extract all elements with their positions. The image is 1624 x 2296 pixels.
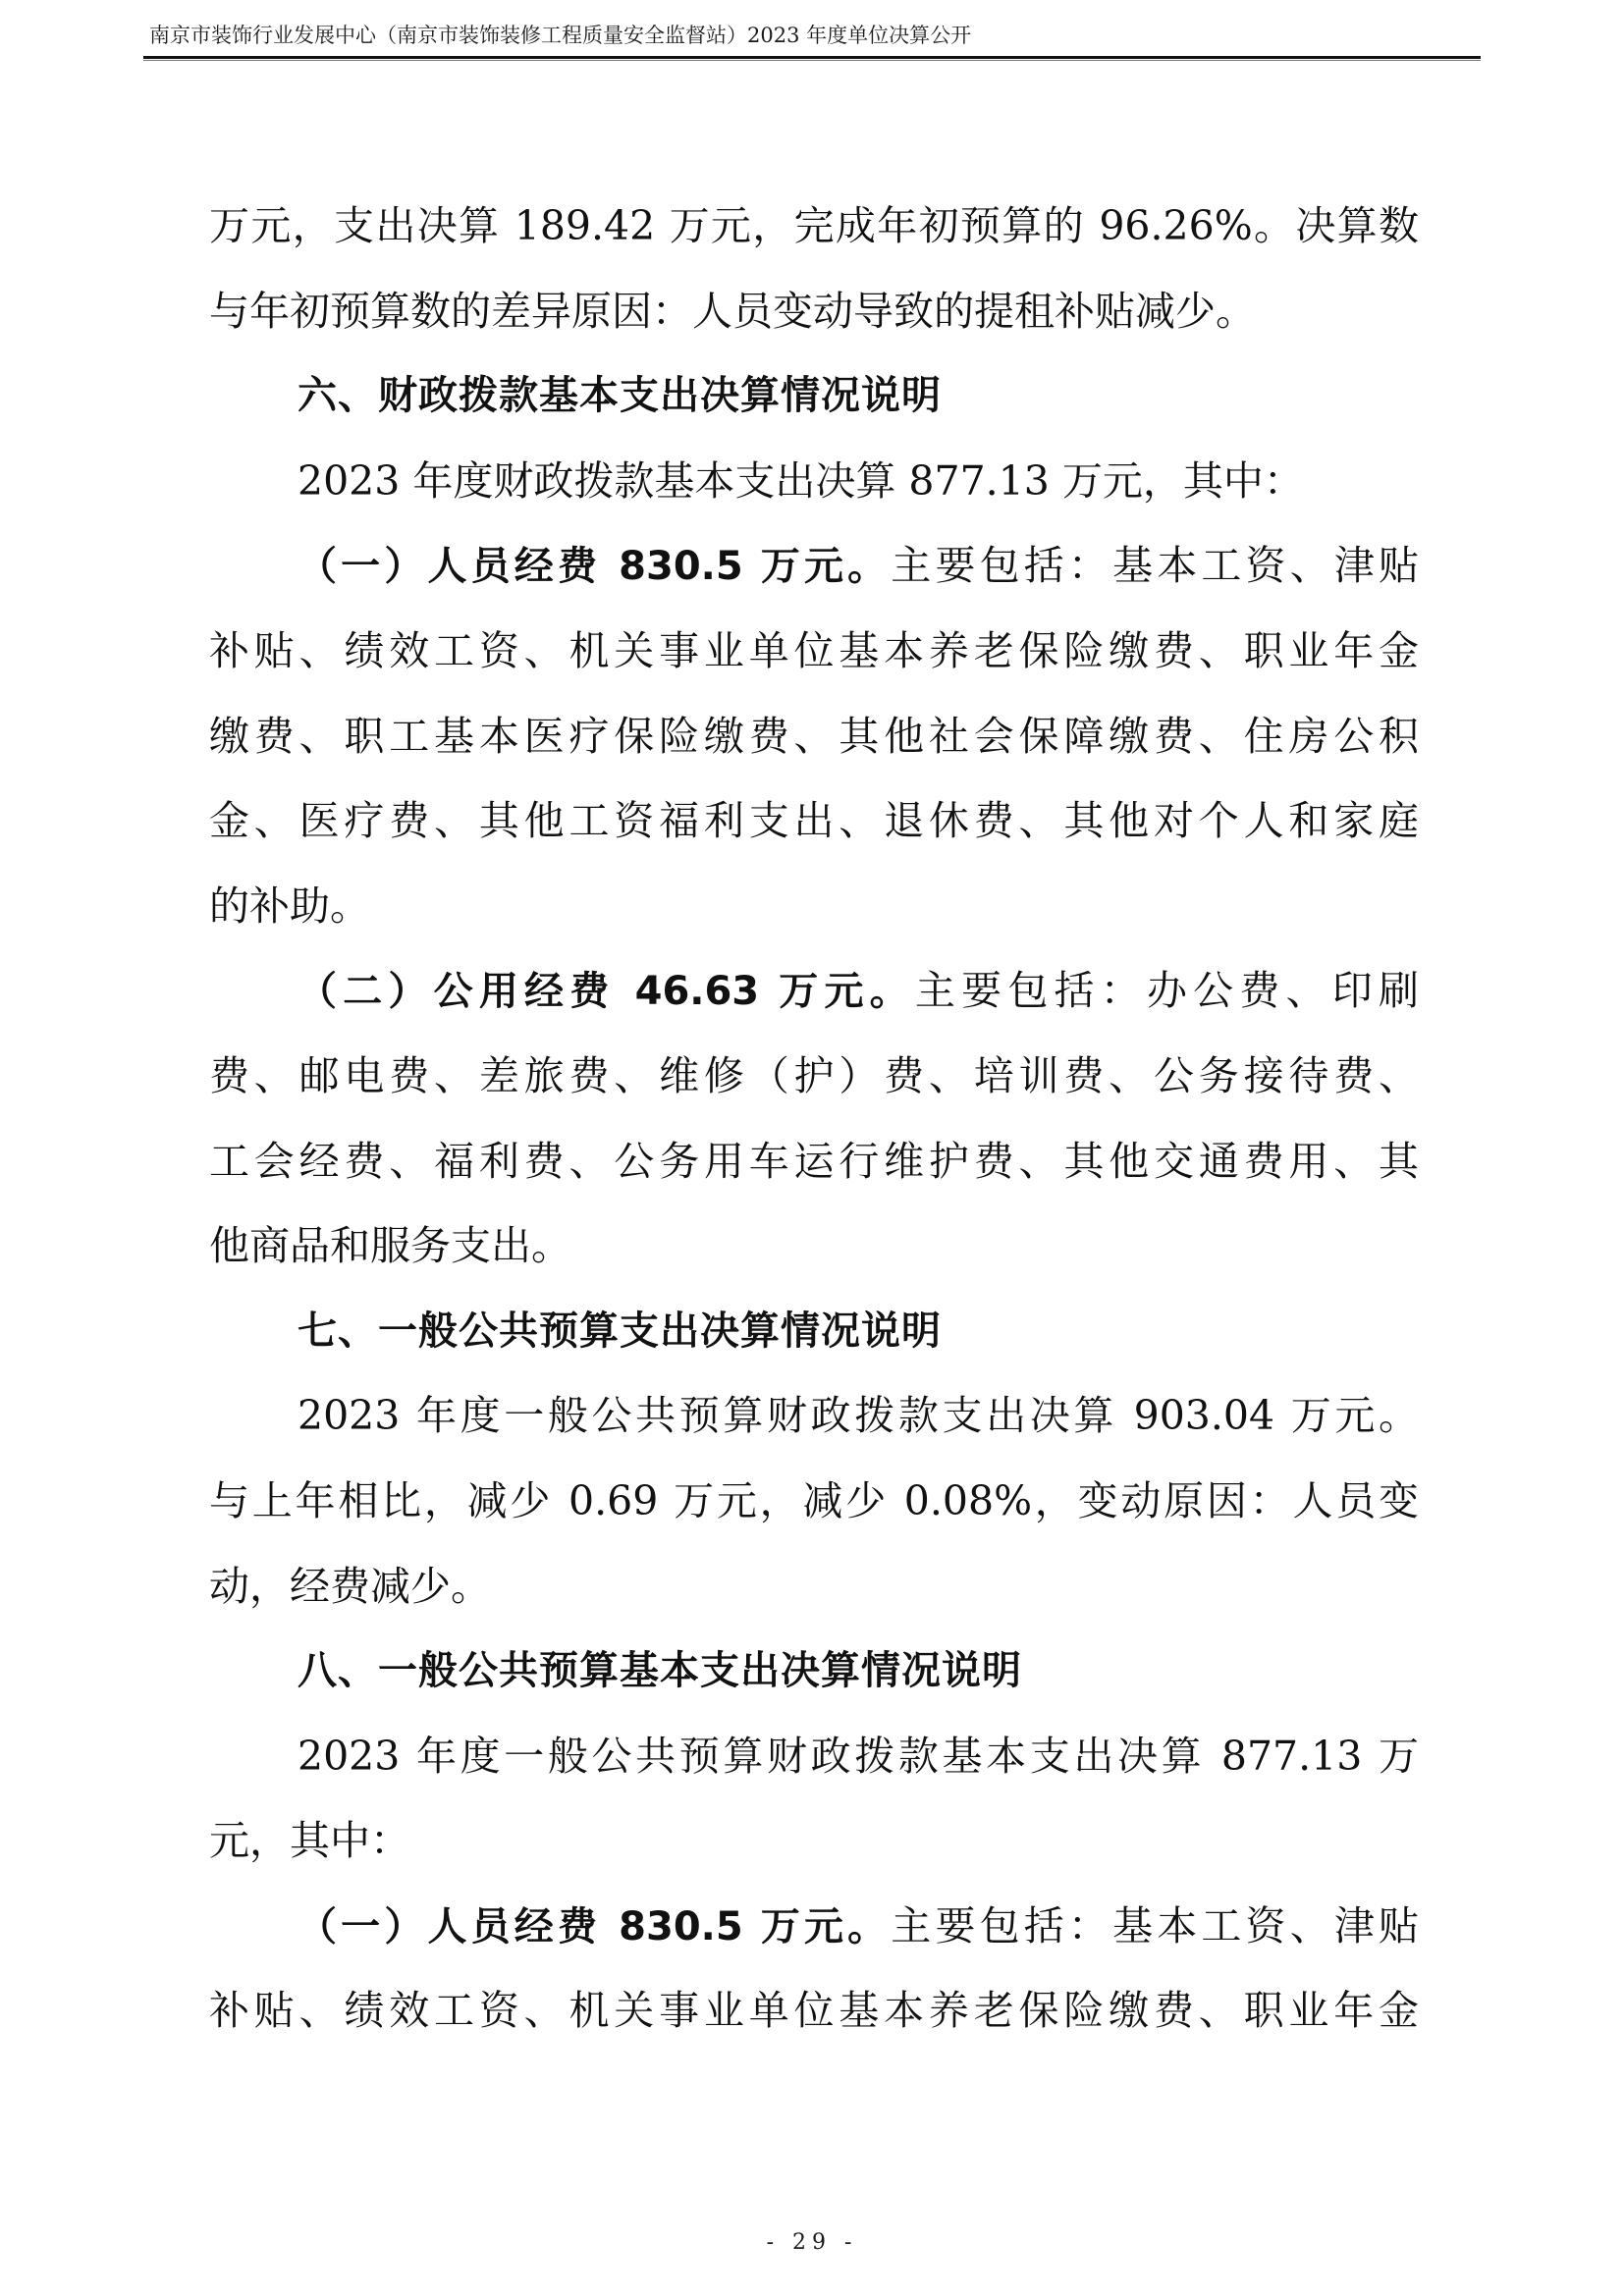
section-heading-6: 六、财政拨款基本支出决算情况说明 xyxy=(209,353,1419,439)
paragraph-line: 与年初预算数的差异原因：人员变动导致的提租补贴减少。 xyxy=(209,269,1419,354)
section-heading-7: 七、一般公共预算支出决算情况说明 xyxy=(209,1289,1419,1374)
page-number: - 29 - xyxy=(0,2228,1624,2258)
paragraph-text: 主要包括：基本工资、津贴 xyxy=(891,1902,1419,1949)
paragraph-line: 补贴、绩效工资、机关事业单位基本养老保险缴费、职业年金 xyxy=(209,1968,1419,2054)
paragraph-line: 万元，支出决算 189.42 万元，完成年初预算的 96.26%。决算数 xyxy=(209,184,1419,269)
personnel-expense-first-line: （一）人员经费 830.5 万元。主要包括：基本工资、津贴 xyxy=(209,523,1419,609)
personnel-expense-lead: （一）人员经费 830.5 万元。 xyxy=(298,1904,891,1949)
paragraph-line: 金、医疗费、其他工资福利支出、退休费、其他对个人和家庭 xyxy=(209,778,1419,864)
paragraph-line: 2023 年度财政拨款基本支出决算 877.13 万元，其中： xyxy=(209,439,1419,524)
paragraph-text: 主要包括：办公费、印刷 xyxy=(915,967,1419,1014)
paragraph-line: 2023 年度一般公共预算财政拨款基本支出决算 877.13 万 xyxy=(209,1714,1419,1799)
paragraph-line: 工会经费、福利费、公务用车运行维护费、其他交通费用、其 xyxy=(209,1119,1419,1204)
paragraph-line: 动，经费减少。 xyxy=(209,1544,1419,1629)
paragraph-line: 他商品和服务支出。 xyxy=(209,1203,1419,1289)
public-expense-lead: （二）公用经费 46.63 万元。 xyxy=(298,969,915,1014)
header-rule xyxy=(143,56,1481,59)
paragraph-line: 与上年相比，减少 0.69 万元，减少 0.08%，变动原因：人员变 xyxy=(209,1459,1419,1544)
document-body: 万元，支出决算 189.42 万元，完成年初预算的 96.26%。决算数 与年初… xyxy=(209,184,1419,2054)
public-expense-first-line: （二）公用经费 46.63 万元。主要包括：办公费、印刷 xyxy=(209,948,1419,1034)
header-rule-thin xyxy=(143,60,1481,61)
paragraph-line: 补贴、绩效工资、机关事业单位基本养老保险缴费、职业年金 xyxy=(209,609,1419,694)
section-heading-8: 八、一般公共预算基本支出决算情况说明 xyxy=(209,1629,1419,1714)
paragraph-line: 缴费、职工基本医疗保险缴费、其他社会保障缴费、住房公积 xyxy=(209,694,1419,779)
paragraph-line: 的补助。 xyxy=(209,864,1419,949)
paragraph-line: 费、邮电费、差旅费、维修（护）费、培训费、公务接待费、 xyxy=(209,1034,1419,1119)
paragraph-line: 元，其中： xyxy=(209,1798,1419,1884)
running-header: 南京市装饰行业发展中心（南京市装饰装修工程质量安全监督站）2023 年度单位决算… xyxy=(149,24,1229,47)
paragraph-line: 2023 年度一般公共预算财政拨款支出决算 903.04 万元。 xyxy=(209,1373,1419,1459)
personnel-expense-first-line: （一）人员经费 830.5 万元。主要包括：基本工资、津贴 xyxy=(209,1884,1419,1969)
paragraph-text: 主要包括：基本工资、津贴 xyxy=(891,542,1419,589)
personnel-expense-lead: （一）人员经费 830.5 万元。 xyxy=(298,544,891,589)
